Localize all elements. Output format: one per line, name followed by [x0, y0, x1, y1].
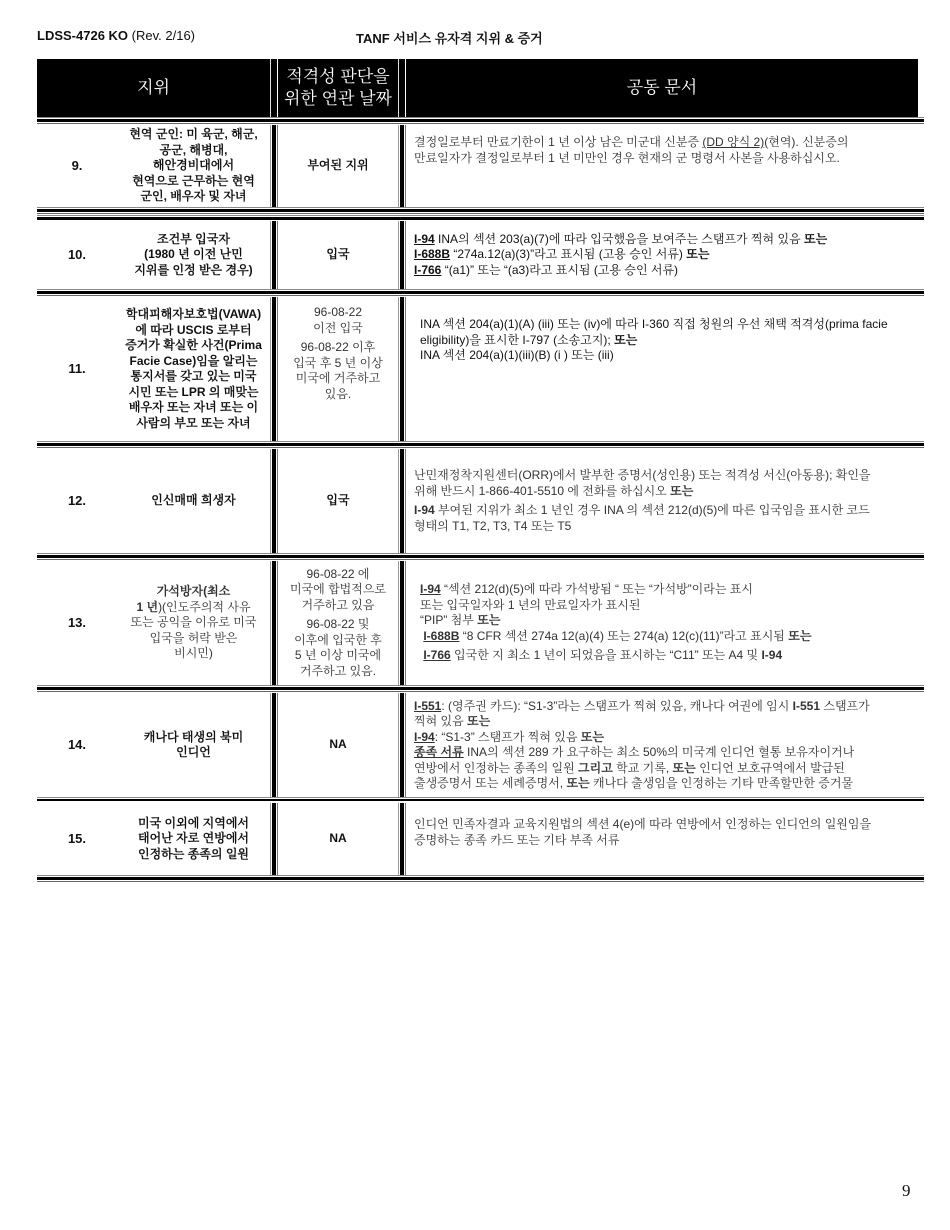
- table-header: 지위 적격성 판단을위한 연관 날짜 공동 문서: [37, 59, 918, 117]
- row-number: 10.: [37, 221, 117, 289]
- status-cell: 캐나다 태생의 북미인디언: [117, 693, 270, 797]
- row-number: 9.: [37, 125, 117, 207]
- date-cell: 96-08-22이전 입국 96-08-22 이후입국 후 5 년 이상미국에 …: [278, 297, 398, 441]
- table-row: 9. 현역 군인: 미 육군, 해군,공군, 해병대,해안경비대에서현역으로 근…: [37, 125, 918, 207]
- row-number: 11.: [37, 297, 117, 441]
- row-number: 13.: [37, 561, 117, 685]
- date-cell: NA: [278, 803, 398, 875]
- date-cell: 입국: [278, 449, 398, 553]
- status-cell: 인신매매 희생자: [117, 449, 270, 553]
- status-cell: 미국 이외에 지역에서태어난 자로 연방에서인정하는 종족의 일원: [117, 803, 270, 875]
- docs-cell: INA 섹션 204(a)(1)(A) (iii) 또는 (iv)에 따라 I-…: [420, 297, 916, 441]
- table-row: 13. 가석방자(최소1 년)(인도주의적 사유또는 공익을 이유로 미국입국을…: [37, 561, 918, 685]
- column-divider: [398, 59, 406, 117]
- eligibility-table: 지위 적격성 판단을위한 연관 날짜 공동 문서 9. 현역 군인: 미 육군,…: [37, 59, 918, 883]
- column-header-date: 적격성 판단을위한 연관 날짜: [278, 59, 398, 117]
- docs-cell: I-94 “섹션 212(d)(5)에 따라 가석방됨 “ 또는 “가석방”이라…: [420, 561, 916, 685]
- date-cell: 입국: [278, 221, 398, 289]
- column-header-docs: 공동 문서: [406, 59, 918, 117]
- column-header-status: 지위: [37, 59, 270, 117]
- row-divider: [37, 117, 918, 125]
- docs-cell: 결정일로부터 만료기한이 1 년 이상 남은 미군대 신분증 (DD 양식 2)…: [414, 125, 910, 207]
- table-row: 12. 인신매매 희생자 입국 난민재정착지원센터(ORR)에서 발부한 증명서…: [37, 449, 918, 553]
- status-cell: 학대피해자보호법(VAWA)에 따라 USCIS 로부터증거가 확실한 사건(P…: [117, 297, 270, 441]
- table-row: 10. 조건부 입국자(1980 년 이전 난민지위를 인정 받은 경우) 입국…: [37, 221, 918, 289]
- docs-cell: I-551: (영주권 카드): “S1-3”라는 스탬프가 찍혀 있음, 캐나…: [414, 693, 910, 797]
- status-cell: 현역 군인: 미 육군, 해군,공군, 해병대,해안경비대에서현역으로 근무하는…: [117, 125, 270, 207]
- document-title: TANF 서비스 유자격 지위 & 증거: [356, 28, 543, 47]
- column-divider: [270, 59, 278, 117]
- docs-cell: 난민재정착지원센터(ORR)에서 발부한 증명서(성인용) 또는 적격성 서신(…: [414, 449, 910, 553]
- docs-cell: 인디언 민족자결과 교육지원법의 섹션 4(e)에 따라 연방에서 인정하는 인…: [414, 803, 910, 875]
- status-cell: 가석방자(최소1 년)(인도주의적 사유또는 공익을 이유로 미국입국을 허락 …: [117, 561, 270, 685]
- table-row: 15. 미국 이외에 지역에서태어난 자로 연방에서인정하는 종족의 일원 NA…: [37, 803, 918, 875]
- form-id: LDSS-4726 KO (Rev. 2/16): [37, 28, 195, 43]
- date-cell: 부여된 지위: [278, 125, 398, 207]
- row-number: 14.: [37, 693, 117, 797]
- table-row: 11. 학대피해자보호법(VAWA)에 따라 USCIS 로부터증거가 확실한 …: [37, 297, 918, 441]
- page-header: LDSS-4726 KO (Rev. 2/16) TANF 서비스 유자격 지위…: [37, 28, 917, 48]
- date-cell: 96-08-22 에미국에 합법적으로거주하고 있음 96-08-22 및이후에…: [278, 561, 398, 685]
- row-number: 15.: [37, 803, 117, 875]
- date-cell: NA: [278, 693, 398, 797]
- table-row: 14. 캐나다 태생의 북미인디언 NA I-551: (영주권 카드): “S…: [37, 693, 918, 797]
- status-cell: 조건부 입국자(1980 년 이전 난민지위를 인정 받은 경우): [117, 221, 270, 289]
- page-number: 9: [902, 1181, 911, 1201]
- docs-cell: I-94 INA의 섹션 203(a)(7)에 따라 입국했음을 보여주는 스탬…: [414, 221, 910, 289]
- row-number: 12.: [37, 449, 117, 553]
